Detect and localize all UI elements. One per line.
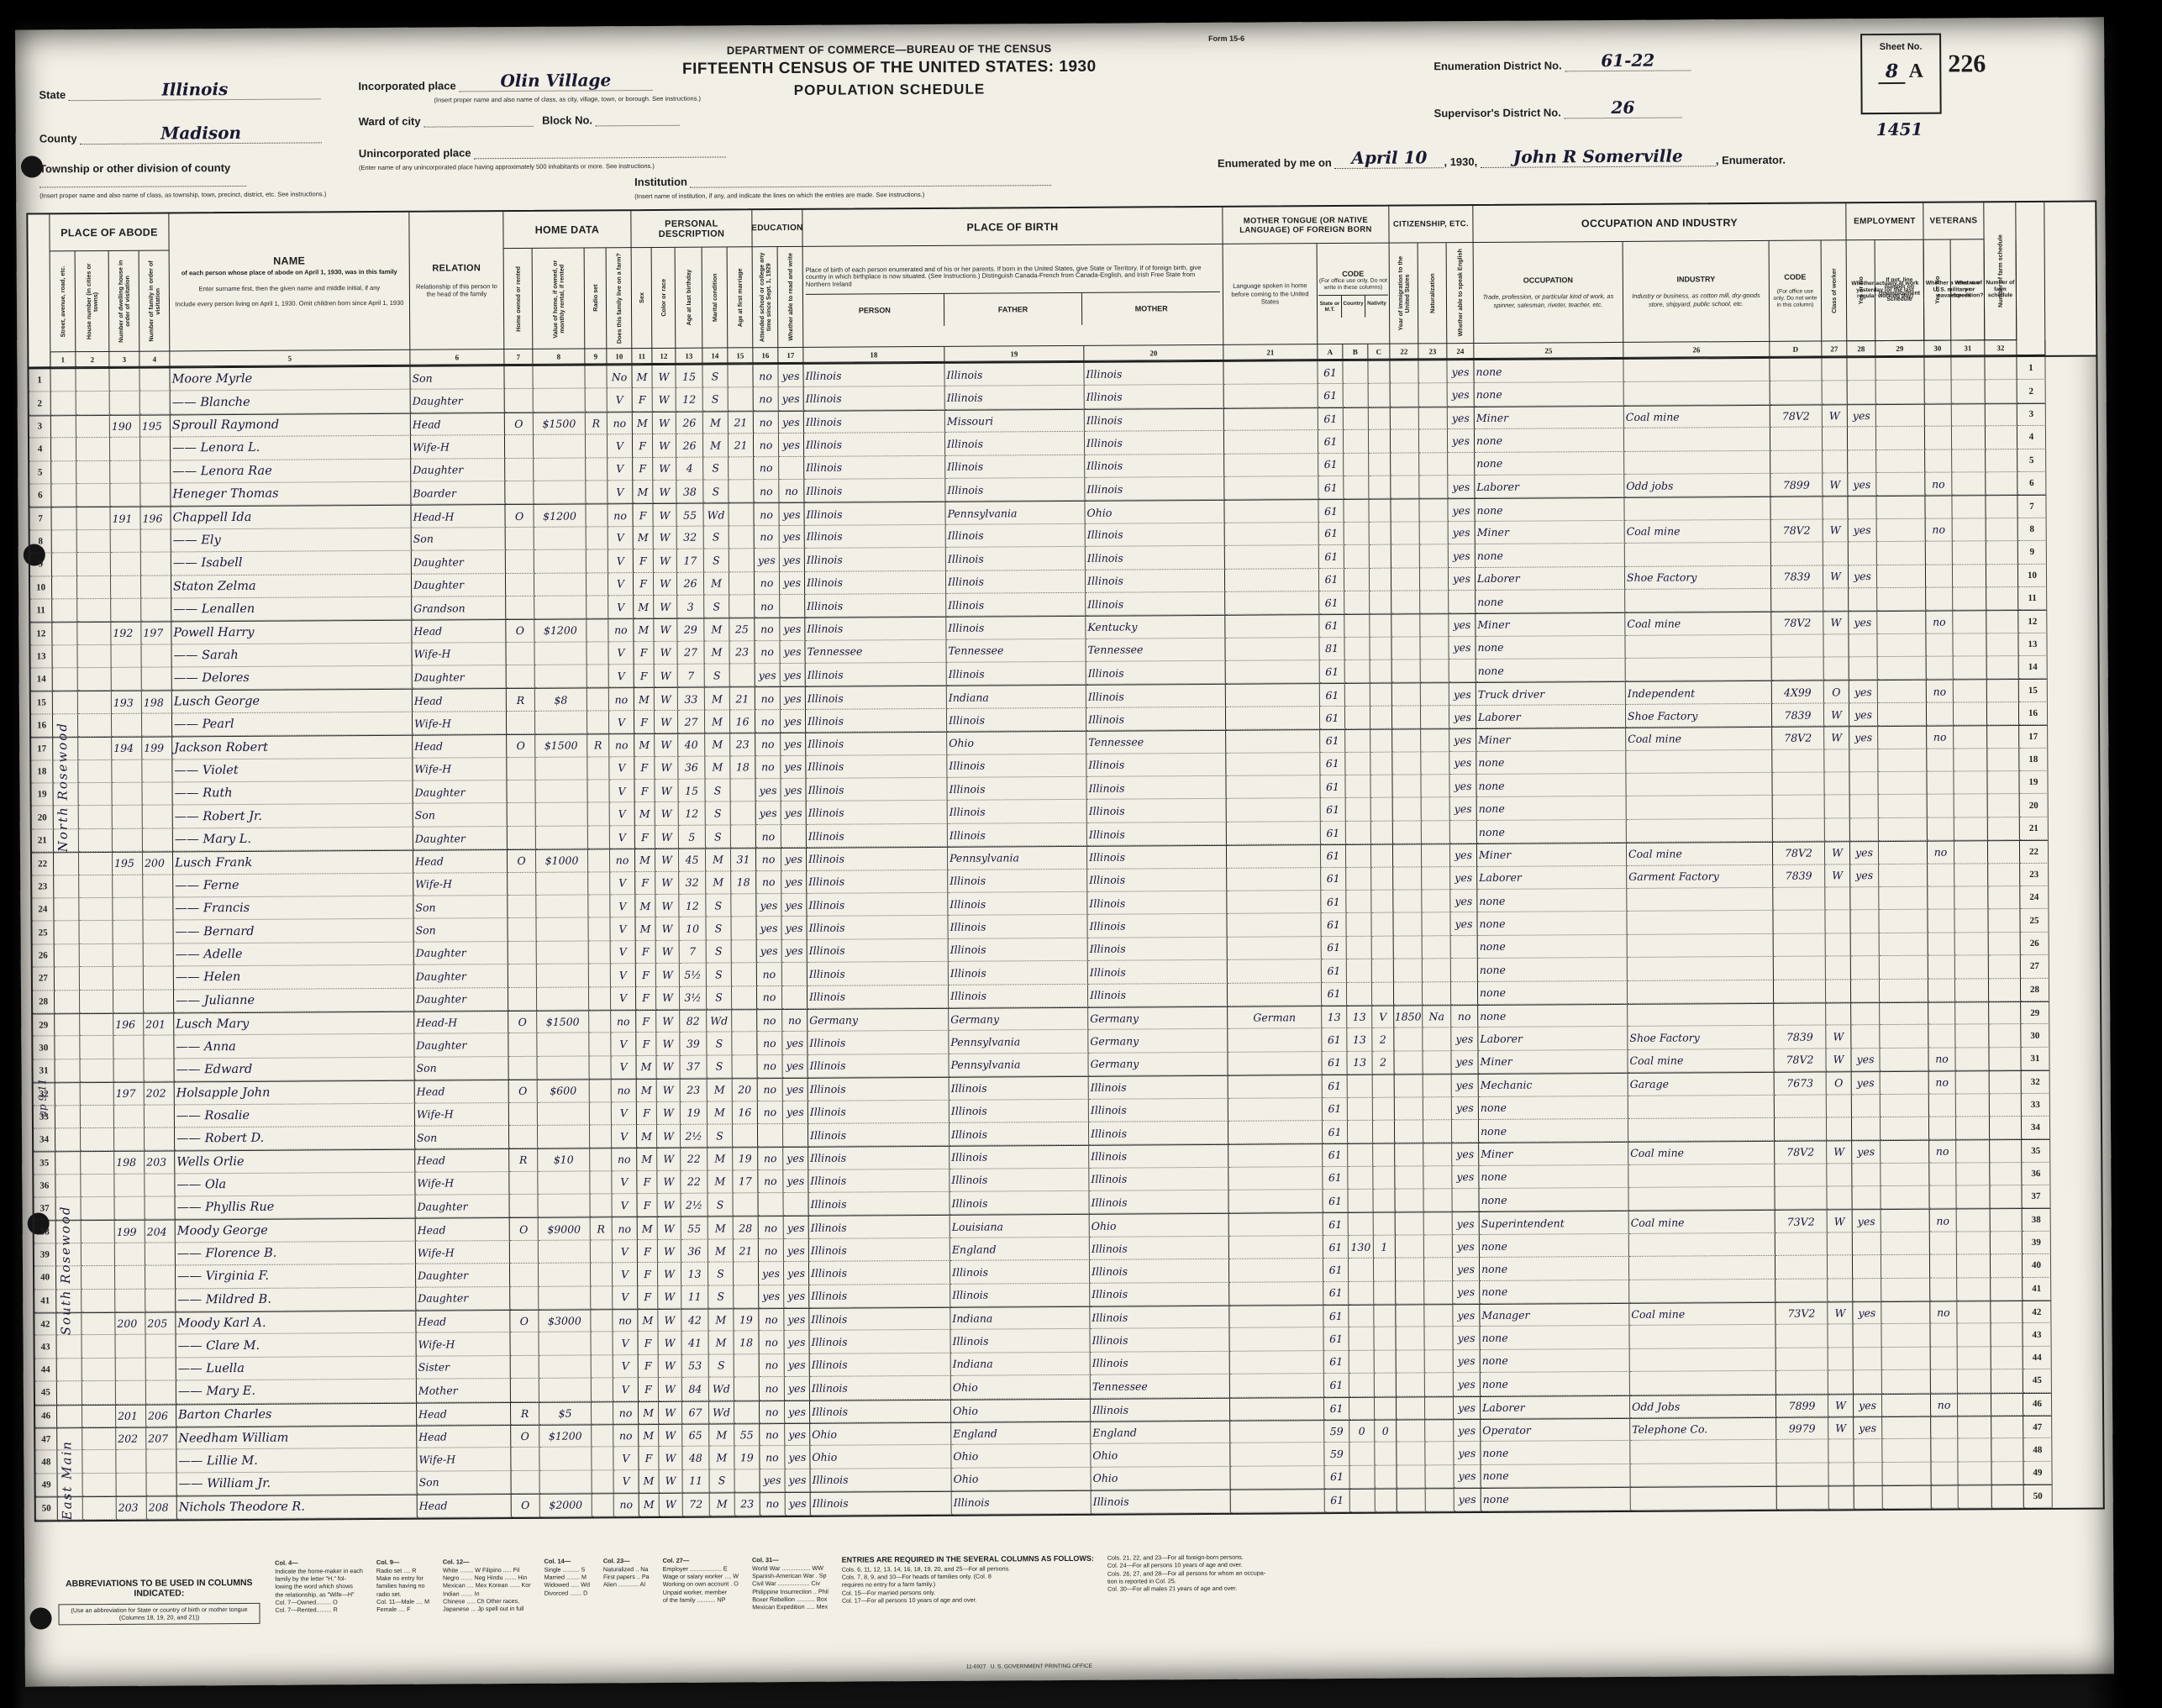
cell-english: yes	[1454, 1350, 1481, 1374]
cell-immigration	[1391, 384, 1419, 407]
column-number: 32	[1985, 340, 2017, 355]
cell-naturalization	[1420, 544, 1449, 568]
cell-read_write: yes	[783, 1078, 808, 1101]
cell-war	[1954, 726, 1987, 749]
cell-farm: V	[608, 596, 634, 619]
cell-industry: Coal mine	[1629, 1302, 1775, 1326]
cell-war	[1953, 565, 1986, 588]
cell-at_work	[1848, 450, 1876, 474]
cell-house	[82, 1335, 115, 1359]
line-number-right: 25	[2020, 909, 2049, 933]
cell-mother_birthplace: Illinois	[1086, 776, 1226, 800]
cell-sex: M	[639, 1470, 659, 1494]
cell-color: W	[659, 1378, 682, 1401]
cell-code_d: 7839	[1772, 703, 1824, 727]
cell-naturalization	[1423, 1120, 1452, 1143]
column-number: 7	[504, 349, 533, 365]
cell-dwelling	[112, 714, 142, 738]
cell-language	[1229, 1213, 1323, 1237]
cell-farm_schedule	[1986, 541, 2018, 565]
cell-war	[1956, 1094, 1990, 1117]
line-number: 41	[34, 1290, 56, 1313]
cell-farm: no	[610, 849, 635, 872]
cell-sex: F	[635, 872, 655, 896]
cell-class: W	[1827, 1141, 1852, 1164]
cell-mother_birthplace: Illinois	[1088, 960, 1228, 984]
cell-occupation: Operator	[1481, 1418, 1630, 1442]
cell-code_b	[1345, 729, 1370, 753]
cell-marital: S	[706, 917, 731, 941]
cell-value	[534, 550, 587, 574]
cell-name: —— Lillie M.	[176, 1448, 417, 1473]
cell-sex: F	[638, 1286, 658, 1310]
line-number: 40	[34, 1267, 56, 1290]
cell-unemployment_line	[1876, 404, 1925, 428]
cell-language: German	[1228, 1006, 1322, 1029]
cell-farm_schedule	[1986, 472, 2017, 496]
cell-color: W	[656, 964, 680, 987]
cell-marital: S	[704, 595, 729, 618]
header-code-d: CODE(For office use only. Do not write i…	[1770, 240, 1823, 341]
cell-unemployment_line	[1877, 565, 1926, 588]
column-number: 5	[170, 350, 410, 367]
population-schedule-table: PLACE OF ABODENAMEof each person whose p…	[26, 200, 2104, 1521]
cell-radio	[587, 688, 609, 712]
cell-read_write: yes	[781, 779, 806, 802]
cell-value: $1200	[534, 619, 587, 643]
cell-house	[78, 737, 112, 760]
cell-english	[1451, 936, 1478, 959]
cell-veteran	[1930, 1232, 1957, 1255]
cell-industry	[1628, 934, 1774, 958]
cell-sex: F	[639, 1447, 659, 1470]
line-number-right: 4	[2017, 426, 2046, 449]
cell-owned	[506, 550, 534, 574]
cell-class: W	[1824, 703, 1849, 727]
line-number-right: 7	[2017, 495, 2046, 518]
cell-code_d	[1771, 543, 1823, 566]
cell-color: W	[657, 1194, 681, 1217]
cell-code_b	[1346, 822, 1371, 845]
cell-mother_birthplace: Illinois	[1090, 1259, 1229, 1283]
cell-birthplace: Illinois	[804, 479, 945, 502]
cell-code_d	[1772, 658, 1824, 681]
cell-farm_schedule	[1986, 380, 2017, 403]
cell-industry: Coal mine	[1629, 1210, 1775, 1233]
cell-name: —— Mary E.	[176, 1380, 417, 1404]
cell-color: W	[658, 1217, 681, 1240]
cell-birthplace: Illinois	[808, 1077, 949, 1101]
line-number: 48	[35, 1451, 57, 1474]
cell-sex: F	[633, 503, 653, 527]
cell-marital: S	[707, 1055, 732, 1079]
cell-unemployment_line	[1879, 887, 1928, 911]
cell-color: W	[654, 527, 677, 550]
cell-age_marriage	[731, 917, 756, 941]
cell-farm: V	[608, 549, 634, 573]
cell-name: —— Robert Jr.	[173, 804, 413, 828]
cell-mother_birthplace: Illinois	[1090, 1237, 1229, 1260]
cell-dwelling	[113, 943, 144, 967]
cell-sex: M	[636, 1056, 656, 1080]
cell-farm: V	[612, 1102, 637, 1126]
cell-english: yes	[1454, 1373, 1481, 1396]
cell-relation: Head	[415, 1148, 509, 1172]
cell-sex: F	[636, 964, 656, 987]
cell-language	[1226, 707, 1320, 730]
cell-at_work: yes	[1849, 565, 1877, 589]
cell-unemployment_line	[1879, 864, 1928, 887]
cell-color: W	[659, 1470, 682, 1494]
cell-read_write: yes	[780, 549, 805, 572]
cell-relation: Daughter	[414, 942, 508, 965]
cell-value: $8	[535, 688, 587, 712]
cell-industry	[1628, 1095, 1775, 1118]
cell-house	[82, 1474, 116, 1497]
cell-code_a: 61	[1323, 1236, 1349, 1259]
cell-farm: no	[609, 733, 634, 757]
cell-class	[1823, 634, 1849, 658]
cell-occupation: Laborer	[1477, 866, 1627, 890]
cell-veteran: no	[1927, 726, 1954, 749]
cell-code_d	[1770, 497, 1823, 520]
cell-dwelling	[115, 1243, 145, 1267]
cell-class: W	[1828, 1210, 1853, 1233]
cell-english: yes	[1448, 476, 1475, 499]
cell-father_birthplace: Ohio	[951, 1398, 1091, 1422]
cell-immigration	[1392, 775, 1421, 798]
cell-farm: no	[608, 618, 634, 642]
cell-language	[1228, 1098, 1323, 1122]
line-number-right: 45	[2023, 1369, 2052, 1393]
cell-school: no	[755, 526, 780, 549]
cell-age: 10	[679, 917, 706, 941]
cell-color: W	[653, 481, 676, 504]
cell-code_d: 78V2	[1775, 1141, 1827, 1164]
cell-value	[534, 458, 586, 481]
line-number: 15	[31, 691, 53, 715]
block-label: Block No.	[542, 113, 592, 126]
cell-age: 13	[681, 1263, 708, 1286]
cell-code_d	[1774, 933, 1826, 957]
cell-code_d	[1774, 1002, 1826, 1026]
cell-english: yes	[1453, 1281, 1480, 1305]
cell-unemployment_line	[1882, 1370, 1931, 1394]
cell-english	[1448, 453, 1475, 476]
cell-value	[536, 803, 588, 827]
cell-family: 195	[140, 414, 171, 438]
cell-school: no	[760, 1354, 785, 1378]
cell-owned	[506, 528, 534, 551]
cell-family: 205	[145, 1311, 176, 1335]
cell-house	[82, 1220, 115, 1243]
column-number: B	[1343, 344, 1368, 360]
cell-farm: no	[613, 1424, 639, 1448]
cell-language	[1224, 454, 1318, 477]
cell-class: W	[1828, 1394, 1854, 1417]
cell-war	[1951, 357, 1985, 381]
cell-read_write	[781, 825, 807, 849]
cell-marital: M	[709, 1447, 734, 1470]
cell-code_b	[1343, 361, 1368, 385]
cell-mother_birthplace: Illinois	[1085, 454, 1224, 477]
cell-birthplace: Ohio	[810, 1422, 951, 1446]
leaf-header: Color or race	[652, 248, 676, 349]
leaf-header: Age at last birthday	[676, 248, 703, 349]
cell-family: 203	[145, 1151, 175, 1175]
leaf-header: Attended school or college any time sinc…	[753, 247, 779, 348]
line-number-right: 50	[2024, 1485, 2053, 1508]
cell-veteran	[1927, 657, 1954, 681]
abbreviation-line: Female .... F	[376, 1606, 429, 1614]
cell-relation: Mother	[417, 1379, 511, 1402]
cell-language	[1228, 1052, 1322, 1075]
line-number: 13	[30, 645, 52, 669]
cell-english: yes	[1448, 383, 1475, 407]
cell-immigration	[1396, 1281, 1424, 1305]
cell-unemployment_line	[1875, 358, 1924, 381]
line-number: 49	[35, 1474, 57, 1497]
cell-radio	[587, 711, 609, 734]
cell-naturalization	[1422, 867, 1450, 891]
cell-age_marriage: 18	[731, 871, 756, 895]
cell-industry	[1627, 796, 1773, 819]
cell-marital: M	[708, 1332, 734, 1355]
cell-immigration	[1391, 591, 1420, 614]
cell-family: 197	[141, 622, 171, 645]
cell-occupation: none	[1477, 796, 1627, 820]
cell-read_write: yes	[781, 733, 806, 756]
abbreviation-block: Col. 4—Indicate the home-maker in eachfa…	[275, 1558, 363, 1623]
line-number-right: 24	[2020, 886, 2049, 910]
cell-at_work	[1853, 1324, 1881, 1348]
cell-english: yes	[1452, 1074, 1479, 1097]
cell-family	[145, 1174, 175, 1197]
cell-school: no	[754, 411, 779, 434]
cell-sex: F	[634, 780, 655, 803]
cell-radio	[587, 549, 608, 573]
cell-code_d	[1775, 1325, 1828, 1348]
cell-war	[1954, 795, 1988, 818]
cell-relation: Son	[414, 1057, 508, 1080]
cell-at_work	[1853, 1232, 1881, 1256]
cell-english	[1452, 1120, 1479, 1143]
cell-farm_schedule	[1988, 817, 2020, 841]
cell-unemployment_line	[1876, 381, 1925, 404]
cell-immigration	[1391, 545, 1420, 569]
cell-relation: Daughter	[415, 1195, 509, 1218]
cell-occupation: none	[1479, 1119, 1628, 1143]
cell-birthplace: Illinois	[805, 548, 946, 571]
cell-veteran	[1927, 772, 1954, 796]
cell-age: 40	[678, 733, 705, 757]
cell-dwelling	[114, 1105, 145, 1128]
cell-code_c	[1369, 453, 1391, 476]
sup-district-label: Supervisor's District No.	[1434, 106, 1561, 119]
cell-mother_birthplace: Ohio	[1090, 1213, 1229, 1237]
enumerator-name: John R Somerville	[1513, 145, 1683, 166]
cell-farm_schedule	[1988, 794, 2020, 817]
cell-english: yes	[1453, 1211, 1480, 1235]
cell-code_d	[1772, 749, 1824, 773]
cell-unemployment_line	[1881, 1301, 1930, 1325]
cell-school: yes	[756, 917, 781, 940]
cell-naturalization	[1419, 429, 1448, 453]
cell-school: no	[754, 434, 779, 457]
cell-sex: F	[634, 757, 655, 780]
cell-language	[1224, 499, 1318, 523]
cell-age: 22	[681, 1148, 708, 1171]
cell-value	[535, 665, 587, 689]
cell-industry	[1627, 911, 1773, 934]
abbreviation-line: Spanish-American War . Sp	[752, 1572, 829, 1580]
cell-unemployment_line	[1879, 910, 1928, 933]
cell-marital: Wd	[709, 1378, 734, 1401]
cell-color: W	[655, 849, 679, 872]
cell-relation: Wife-H	[416, 1241, 510, 1264]
cell-language	[1226, 775, 1320, 799]
cell-birthplace: Illinois	[807, 1054, 949, 1078]
cell-class	[1828, 1348, 1854, 1371]
cell-unemployment_line	[1881, 1232, 1930, 1256]
cell-code_a: 61	[1318, 384, 1344, 407]
cell-school: yes	[760, 1469, 785, 1493]
cell-code_c	[1371, 913, 1393, 937]
cell-dwelling: 194	[112, 737, 142, 760]
cell-veteran	[1932, 1485, 1959, 1509]
cell-relation: Wife-H	[417, 1448, 511, 1471]
cell-unemployment_line	[1882, 1348, 1931, 1371]
cell-radio	[589, 1056, 611, 1080]
cell-read_write: yes	[785, 1446, 810, 1469]
cell-code_d: 78V2	[1771, 519, 1823, 543]
line-number: 34	[34, 1128, 55, 1152]
cell-value	[539, 1240, 591, 1264]
cell-mother_birthplace: Illinois	[1085, 385, 1224, 408]
sheet-number-box: Sheet No. 8 A	[1860, 34, 1942, 115]
cell-school: yes	[757, 940, 782, 964]
cell-school: no	[756, 848, 781, 871]
cell-veteran: no	[1927, 680, 1954, 703]
cell-veteran	[1927, 702, 1954, 726]
cell-birthplace: Ohio	[810, 1445, 951, 1469]
cell-color: W	[658, 1309, 681, 1332]
cell-color: W	[655, 895, 679, 918]
cell-naturalization	[1422, 913, 1450, 937]
abbreviation-block: Col. 9—Radio set .... RMake no entry for…	[376, 1558, 429, 1623]
leaf-header: Age at first marriage	[728, 247, 754, 348]
cell-family	[144, 1059, 174, 1082]
cell-birthplace: Illinois	[808, 1146, 949, 1169]
cell-code_c	[1370, 522, 1391, 545]
cell-code_c	[1370, 637, 1391, 660]
cell-farm_schedule	[1986, 403, 2017, 427]
cell-relation: Daughter	[411, 389, 505, 413]
cell-code_a: 61	[1324, 1397, 1349, 1421]
cell-birthplace: Illinois	[806, 709, 947, 733]
group-name: NAMEof each person whose place of abode …	[169, 213, 410, 352]
cell-school: no	[758, 1170, 783, 1194]
cell-value	[535, 780, 587, 803]
cell-age_marriage	[732, 986, 757, 1010]
cell-birthplace: Illinois	[809, 1238, 950, 1262]
cell-war	[1957, 1324, 1991, 1348]
cell-english: yes	[1454, 1396, 1481, 1420]
cell-read_write: yes	[780, 641, 805, 665]
cell-house	[76, 415, 110, 439]
cell-sex: M	[634, 596, 654, 619]
cell-occupation: none	[1475, 451, 1624, 475]
cell-school: no	[759, 1217, 784, 1240]
cell-code_a: 61	[1323, 1143, 1348, 1167]
cell-school: no	[755, 756, 781, 780]
cell-age: 12	[679, 802, 706, 826]
cell-code_b	[1344, 407, 1369, 431]
cell-read_write: yes	[779, 411, 804, 434]
cell-school: no	[755, 595, 780, 618]
cell-school: no	[754, 480, 779, 503]
cell-name: —— Virginia F.	[176, 1264, 416, 1289]
abbreviation-line: Unpaid worker, member	[663, 1588, 739, 1596]
cell-farm: no	[613, 1401, 639, 1425]
margin-note: ap 9.11	[36, 1079, 48, 1117]
cell-age: 26	[676, 434, 703, 458]
cell-color: W	[655, 917, 679, 941]
cell-industry: Coal mine	[1625, 520, 1771, 544]
cell-marital: S	[707, 1033, 732, 1056]
cell-code_d	[1774, 980, 1826, 1003]
cell-name: —— Phyllis Rue	[175, 1196, 415, 1220]
cell-radio	[589, 987, 611, 1011]
cell-age_marriage: 16	[730, 710, 755, 733]
cell-unemployment_line	[1876, 449, 1925, 473]
cell-owned: O	[509, 1080, 538, 1103]
cell-sex: M	[637, 1079, 657, 1102]
cell-code_a: 61	[1324, 1466, 1349, 1490]
cell-mother_birthplace: Illinois	[1087, 868, 1227, 891]
cell-relation: Son	[413, 918, 508, 942]
cell-dwelling	[113, 1059, 144, 1082]
cell-owned: O	[508, 849, 536, 873]
cell-relation: Daughter	[411, 459, 505, 482]
cell-code_b	[1348, 1143, 1373, 1167]
cell-value	[535, 711, 587, 734]
cell-class: O	[1827, 1071, 1852, 1095]
cell-name: —— Isabell	[171, 551, 412, 575]
cell-value	[536, 895, 588, 918]
line-number-right: 31	[2021, 1048, 2049, 1071]
cell-veteran	[1930, 1255, 1957, 1279]
cell-industry	[1624, 497, 1770, 520]
cell-color: W	[659, 1424, 682, 1448]
cell-father_birthplace: Ohio	[951, 1444, 1091, 1468]
cell-name: —— Pearl	[172, 712, 413, 737]
cell-radio	[588, 872, 610, 896]
cell-house	[78, 691, 112, 714]
cell-age_marriage: 16	[733, 1101, 758, 1125]
leaf-header: Marital condition	[702, 247, 729, 348]
line-number-right: 2	[2017, 380, 2046, 403]
cell-color: W	[656, 1056, 680, 1080]
cell-school	[758, 1193, 783, 1217]
cell-age: 19	[681, 1101, 708, 1125]
cell-owned	[508, 1033, 537, 1057]
cell-father_birthplace: Indiana	[947, 685, 1086, 708]
cell-war	[1956, 1163, 1990, 1186]
cell-farm_schedule	[1987, 680, 2019, 703]
cell-color: W	[652, 365, 676, 389]
street-name-annotation: East Main	[59, 1339, 75, 1520]
